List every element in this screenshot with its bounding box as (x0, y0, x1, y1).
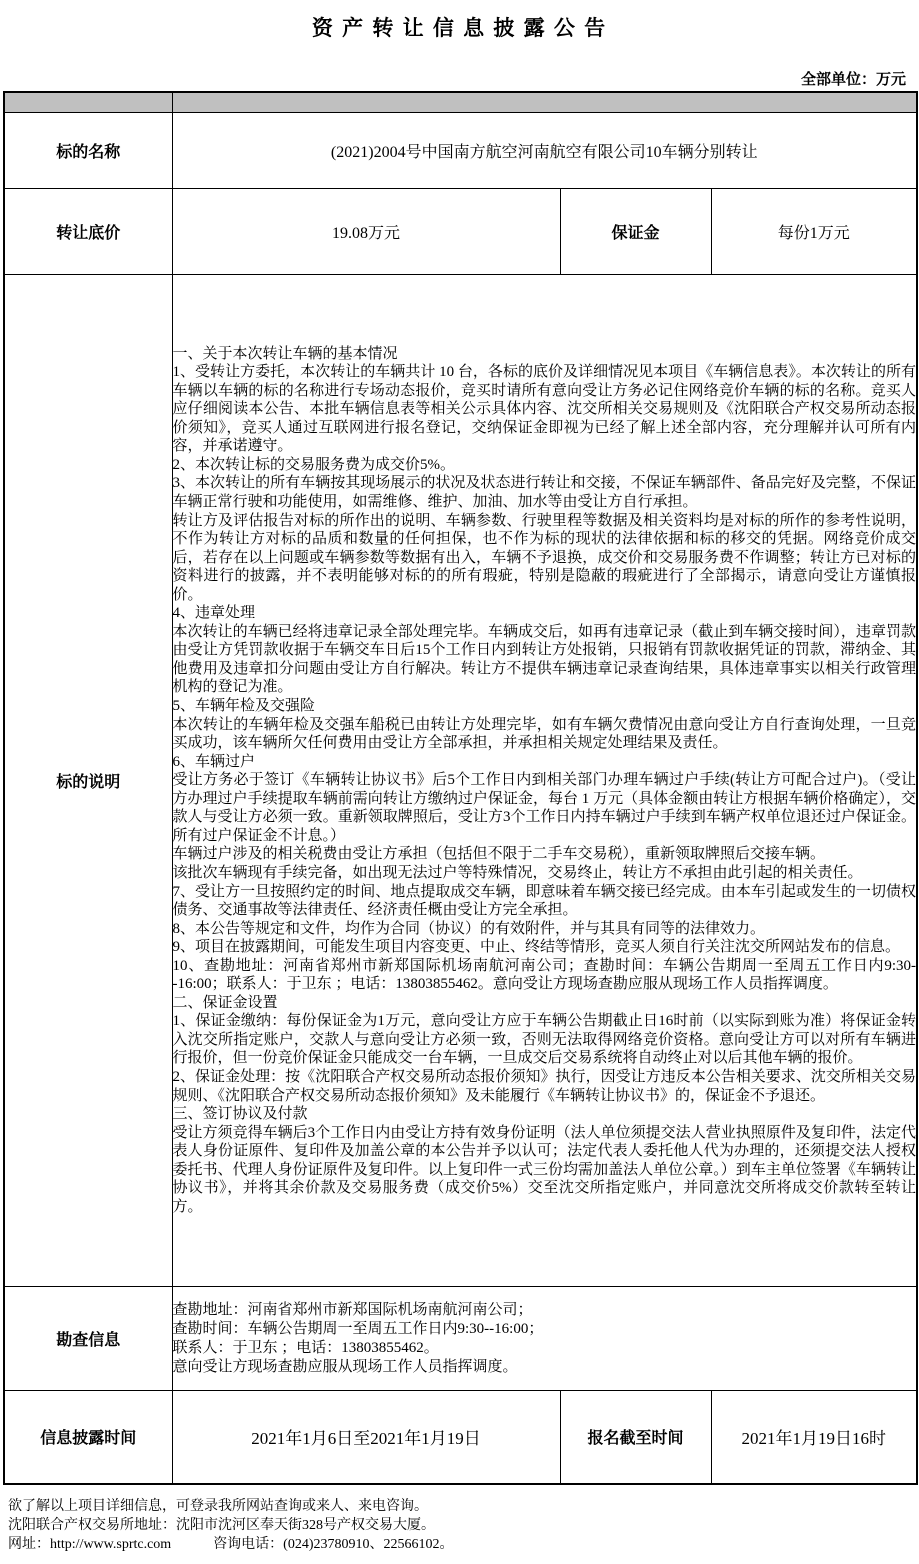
subject-desc-paragraph: 8、本公告等规定和文件，均作为合同（协议）的有效附件，并与其具有同等的法律效力。 (173, 920, 917, 939)
unit-note: 全部单位：万元 (3, 68, 906, 89)
footer-line: 网址：http://www.sprtc.com 咨询电话：(024)237809… (8, 1535, 916, 1554)
subject-desc-paragraph: 9、项目在披露期间，可能发生项目内容变更、中止、终结等情形，竞买人须自行关注沈交… (173, 938, 917, 957)
subject-desc-paragraph: 5、车辆年检及交强险 (173, 697, 917, 716)
subject-desc-cell: 一、关于本次转让车辆的基本情况1、受转让方委托，本次转让的车辆共计 10 台，各… (172, 275, 917, 1287)
subject-desc-paragraph: 1、受转让方委托，本次转让的车辆共计 10 台，各标的底价及详细情况见本项目《车… (173, 363, 917, 456)
subject-desc-paragraph: 4、违章处理 (173, 604, 917, 623)
header-cell-left (4, 92, 172, 113)
announcement-page: 资 产 转 让 信 息 披 露 公 告 全部单位：万元 标的名称 (2021)2… (0, 0, 919, 1564)
page-title: 资 产 转 让 信 息 披 露 公 告 (3, 12, 916, 42)
subject-name-label: 标的名称 (4, 113, 172, 189)
survey-info-line: 查勘地址：河南省郑州市新郑国际机场南航河南公司； (173, 1301, 917, 1320)
subject-name-value: (2021)2004号中国南方航空河南航空有限公司10车辆分别转让 (172, 113, 917, 189)
subject-desc-paragraph: 本次转让的车辆已经将违章记录全部处理完毕。车辆成交后，如再有违章记录（截止到车辆… (173, 623, 917, 697)
subject-desc-paragraph: 本次转让的车辆年检及交强车船税已由转让方处理完毕，如有车辆欠费情况由意向受让方自… (173, 716, 917, 753)
registration-deadline-value: 2021年1月19日16时 (711, 1391, 917, 1484)
disclosure-period-value: 2021年1月6日至2021年1月19日 (172, 1391, 560, 1484)
subject-desc-paragraphs: 一、关于本次转让车辆的基本情况1、受转让方委托，本次转让的车辆共计 10 台，各… (173, 345, 917, 1217)
registration-deadline-label: 报名截至时间 (560, 1391, 711, 1484)
survey-info-line: 查勘时间：车辆公告期周一至周五工作日内9:30--16:00； (173, 1320, 917, 1339)
subject-desc-paragraph: 一、关于本次转让车辆的基本情况 (173, 345, 917, 364)
subject-desc-paragraph: 该批次车辆现有手续完备，如出现无法过户等特殊情况，交易终止，转让方不承担由此引起… (173, 864, 917, 883)
subject-desc-paragraph: 1、保证金缴纳：每份保证金为1万元，意向受让方应于车辆公告期截止日16时前（以实… (173, 1012, 917, 1068)
subject-desc-label: 标的说明 (4, 275, 172, 1287)
disclosure-period-label: 信息披露时间 (4, 1391, 172, 1484)
price-row: 转让底价 19.08万元 保证金 每份1万元 (4, 189, 917, 275)
subject-desc-row: 标的说明 一、关于本次转让车辆的基本情况1、受转让方委托，本次转让的车辆共计 1… (4, 275, 917, 1287)
footer-lines: 欲了解以上项目详细信息，可登录我所网站查询或来人、来电咨询。沈阳联合产权交易所地… (8, 1497, 916, 1554)
deposit-value: 每份1万元 (711, 189, 917, 275)
survey-info-cell: 查勘地址：河南省郑州市新郑国际机场南航河南公司；查勘时间：车辆公告期周一至周五工… (172, 1287, 917, 1391)
subject-desc-paragraph: 转让方及评估报告对标的所作出的说明、车辆参数、行驶里程等数据及相关资料均是对标的… (173, 512, 917, 605)
subject-desc-paragraph: 6、车辆过户 (173, 753, 917, 772)
subject-desc-paragraph: 车辆过户涉及的相关税费由受让方承担（包括但不限于二手车交易税），重新领取牌照后交… (173, 845, 917, 864)
footer-notes: 欲了解以上项目详细信息，可登录我所网站查询或来人、来电咨询。沈阳联合产权交易所地… (8, 1497, 916, 1554)
subject-desc-paragraph: 2、保证金处理：按《沈阳联合产权交易所动态报价须知》执行，因受让方违反本公告相关… (173, 1068, 917, 1105)
subject-desc-paragraph: 三、签订协议及付款 (173, 1105, 917, 1124)
header-cell-right (172, 92, 917, 113)
subject-desc-paragraph: 受让方务必于签订《车辆转让协议书》后5个工作日内到相关部门办理车辆过户手续(转让… (173, 771, 917, 845)
survey-info-label: 勘查信息 (4, 1287, 172, 1391)
subject-desc-paragraph: 7、受让方一旦按照约定的时间、地点提取成交车辆，即意味着车辆交接已经完成。由本车… (173, 883, 917, 920)
survey-info-row: 勘查信息 查勘地址：河南省郑州市新郑国际机场南航河南公司；查勘时间：车辆公告期周… (4, 1287, 917, 1391)
survey-info-line: 联系人：于卫东 ；电话：13803855462。 (173, 1339, 917, 1358)
base-price-value: 19.08万元 (172, 189, 560, 275)
survey-info-lines: 查勘地址：河南省郑州市新郑国际机场南航河南公司；查勘时间：车辆公告期周一至周五工… (173, 1301, 917, 1377)
subject-desc-paragraph: 受让方须竞得车辆后3个工作日内由受让方持有效身份证明（法人单位须提交法人营业执照… (173, 1124, 917, 1217)
survey-info-line: 意向受让方现场查勘应服从现场工作人员指挥调度。 (173, 1358, 917, 1377)
subject-desc-paragraph: 二、保证金设置 (173, 994, 917, 1013)
table-header-row (4, 92, 917, 113)
time-row: 信息披露时间 2021年1月6日至2021年1月19日 报名截至时间 2021年… (4, 1391, 917, 1484)
deposit-label: 保证金 (560, 189, 711, 275)
footer-line: 沈阳联合产权交易所地址：沈阳市沈河区奉天街328号产权交易大厦。 (8, 1516, 916, 1535)
subject-name-row: 标的名称 (2021)2004号中国南方航空河南航空有限公司10车辆分别转让 (4, 113, 917, 189)
subject-desc-paragraph: 3、本次转让的所有车辆按其现场展示的状况及状态进行转让和交接，不保证车辆部件、备… (173, 474, 917, 511)
base-price-label: 转让底价 (4, 189, 172, 275)
footer-line: 欲了解以上项目详细信息，可登录我所网站查询或来人、来电咨询。 (8, 1497, 916, 1516)
announcement-table: 标的名称 (2021)2004号中国南方航空河南航空有限公司10车辆分别转让 转… (3, 91, 918, 1485)
subject-desc-paragraph: 10、查勘地址：河南省郑州市新郑国际机场南航河南公司；查勘时间：车辆公告期周一至… (173, 957, 917, 994)
subject-desc-paragraph: 2、本次转让标的交易服务费为成交价5%。 (173, 456, 917, 475)
